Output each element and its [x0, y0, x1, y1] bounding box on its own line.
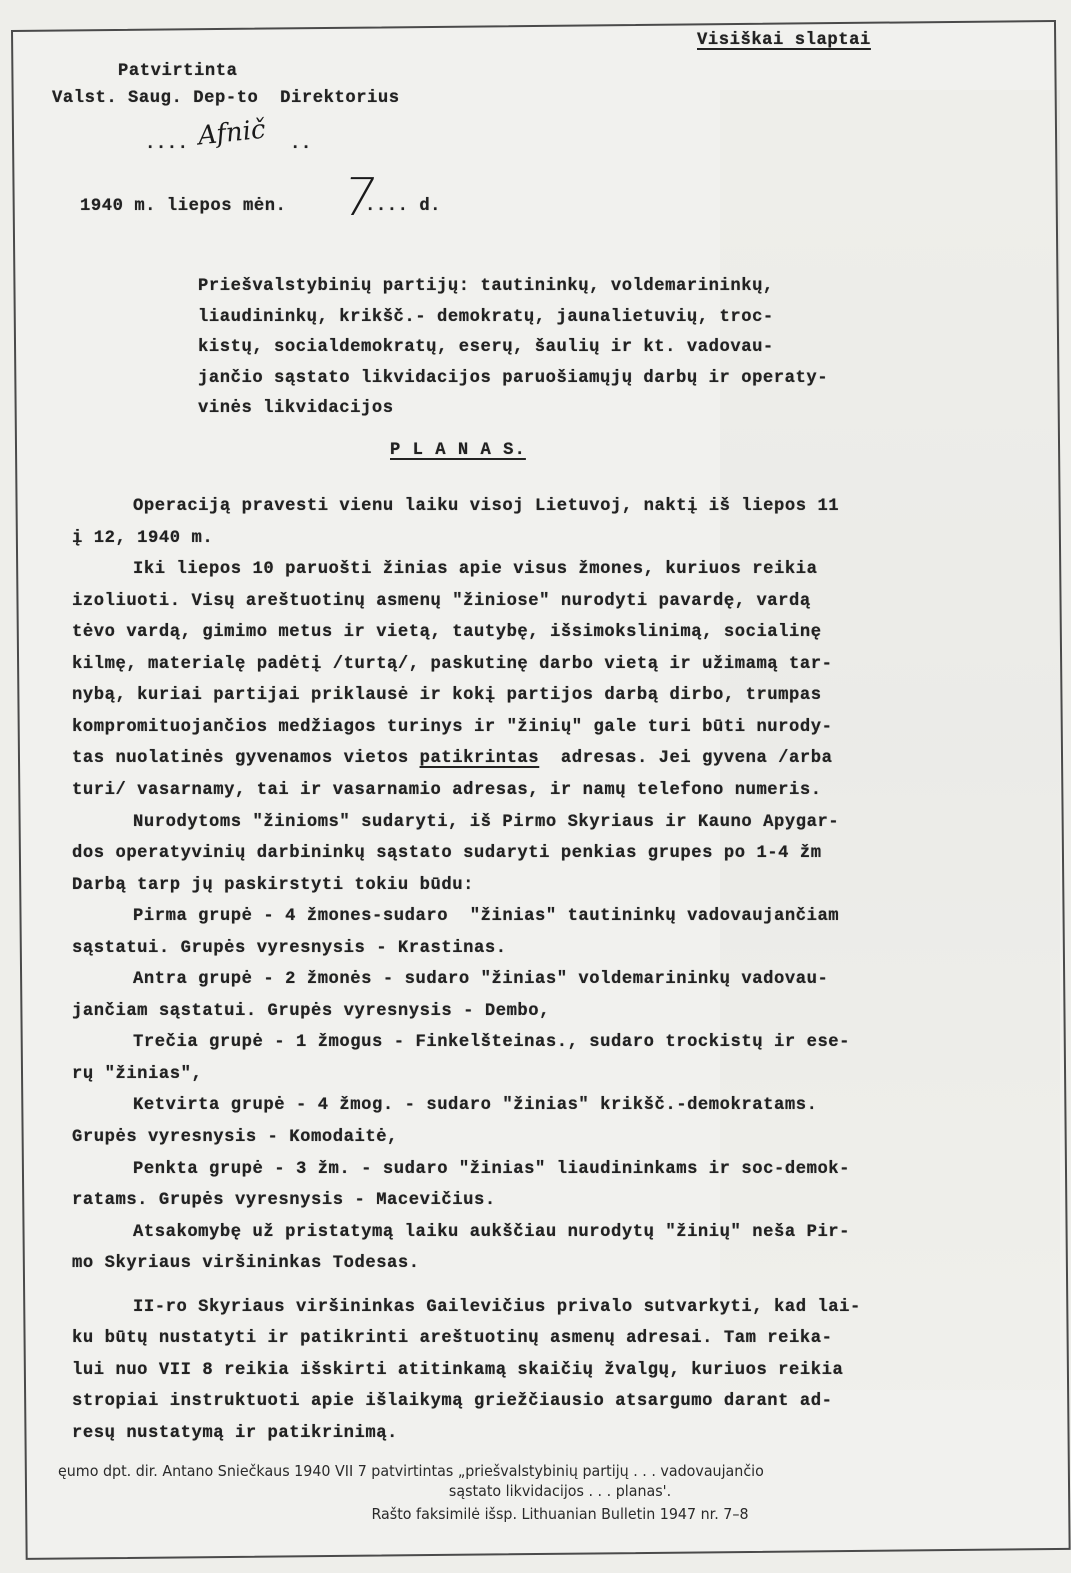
classification-stamp: Visiškai slaptai [697, 31, 871, 50]
body-line: Antra grupė - 2 žmonės - sudaro "žinias"… [133, 970, 828, 989]
body-line: tėvo vardą, gimimo metus ir vietą, tauty… [72, 623, 822, 642]
caption-line-3: Rašto faksimilė išsp. Lithuanian Bulleti… [100, 1505, 1020, 1523]
body-line: izoliuoti. Visų areštuotinų asmenų "žini… [72, 592, 811, 611]
body-line-text: Operaciją pravesti vienu laiku visoj Lie… [133, 497, 839, 516]
subject-line: liaudininkų, krikšč.- demokratų, jaunali… [198, 308, 774, 327]
body-line-text: turi/ vasarnamy, tai ir vasarnamio adres… [72, 781, 822, 800]
body-line-text: Ketvirta grupė - 4 žmog. - sudaro "žinia… [133, 1096, 817, 1115]
body-line: Nurodytoms "žinioms" sudaryti, iš Pirmo … [133, 813, 839, 832]
caption-line-1: ęumo dpt. dir. Antano Sniečkaus 1940 VII… [58, 1462, 978, 1480]
signature-trailing-dots: .. [290, 135, 312, 154]
body-line-text: jančiam sąstatui. Grupės vyresnysis - De… [72, 1002, 550, 1021]
subject-line: jančio sąstato likvidacijos paruošiamųjų… [198, 369, 828, 388]
document-heading: P L A N A S. [390, 441, 526, 460]
body-line-text: sąstatui. Grupės vyresnysis - Krastinas. [72, 939, 507, 958]
body-line-text: Pirma grupė - 4 žmones-sudaro "žinias" t… [133, 907, 839, 926]
body-line: II-ro Skyriaus viršininkas Gailevičius p… [133, 1298, 861, 1317]
body-line-text: izoliuoti. Visų areštuotinų asmenų "žini… [72, 592, 811, 611]
body-line: tas nuolatinės gyvenamos vietos patikrin… [72, 749, 833, 768]
body-line: rų "žinias", [72, 1065, 202, 1084]
body-line: turi/ vasarnamy, tai ir vasarnamio adres… [72, 781, 822, 800]
body-line: Penkta grupė - 3 žm. - sudaro "žinias" l… [133, 1160, 850, 1179]
body-line-text: Trečia grupė - 1 žmogus - Finkelšteinas.… [133, 1033, 850, 1052]
body-line: mo Skyriaus viršininkas Todesas. [72, 1254, 420, 1273]
approval-authority: Valst. Saug. Dep-to Direktorius [52, 89, 400, 108]
body-line-text: į 12, 1940 m. [72, 529, 213, 548]
body-line-text: rų "žinias", [72, 1065, 202, 1084]
body-line-text: ku būtų nustatyti ir patikrinti areštuot… [72, 1329, 833, 1348]
body-line-text: tėvo vardą, gimimo metus ir vietą, tauty… [72, 623, 822, 642]
body-line: sąstatui. Grupės vyresnysis - Krastinas. [72, 939, 507, 958]
body-line: ratams. Grupės vyresnysis - Macevičius. [72, 1191, 496, 1210]
signature-dots: .... [145, 135, 188, 154]
body-line: Trečia grupė - 1 žmogus - Finkelšteinas.… [133, 1033, 850, 1052]
body-line-text: kilmę, materialę padėtį /turtą/, paskuti… [72, 655, 833, 674]
body-line-text: mo Skyriaus viršininkas Todesas. [72, 1254, 420, 1273]
body-line-text: ratams. Grupės vyresnysis - Macevičius. [72, 1191, 496, 1210]
subject-line: kistų, socialdemokratų, eserų, šaulių ir… [198, 338, 774, 357]
body-line: lui nuo VII 8 reikia išskirti atitinkamą… [72, 1361, 843, 1380]
body-line-text: stropiai instruktuoti apie išlaikymą gri… [72, 1392, 833, 1411]
body-line-text: resų nustatymą ir patikrinimą. [72, 1424, 398, 1443]
body-line-text: Penkta grupė - 3 žm. - sudaro "žinias" l… [133, 1160, 850, 1179]
body-line-text: Darbą tarp jų paskirstyti tokiu būdu: [72, 876, 474, 895]
approval-label: Patvirtinta [118, 62, 238, 81]
body-line: jančiam sąstatui. Grupės vyresnysis - De… [72, 1002, 550, 1021]
body-line: Ketvirta grupė - 4 žmog. - sudaro "žinia… [133, 1096, 817, 1115]
body-line-text: kompromituojančios medžiagos turinys ir … [72, 718, 833, 737]
date-prefix: 1940 m. liepos mėn. [80, 197, 286, 216]
body-line: kompromituojančios medžiagos turinys ir … [72, 718, 833, 737]
body-line-text: Atsakomybę už pristatymą laiku aukščiau … [133, 1223, 850, 1242]
body-line: stropiai instruktuoti apie išlaikymą gri… [72, 1392, 833, 1411]
body-line: kilmę, materialę padėtį /turtą/, paskuti… [72, 655, 833, 674]
body-line: resų nustatymą ir patikrinimą. [72, 1424, 398, 1443]
subject-line: Priešvalstybinių partijų: tautininkų, vo… [198, 277, 774, 296]
body-line-text: Antra grupė - 2 žmonės - sudaro "žinias"… [133, 970, 828, 989]
caption-line-2: sąstato likvidacijos . . . planas'. [100, 1482, 1020, 1500]
body-line: dos operatyvinių darbininkų sąstato suda… [72, 844, 822, 863]
body-line: nybą, kuriai partijai priklausė ir kokį … [72, 686, 822, 705]
body-line-text: Grupės vyresnysis - Komodaitė, [72, 1128, 398, 1147]
body-line: Darbą tarp jų paskirstyti tokiu būdu: [72, 876, 474, 895]
body-line-text: Nurodytoms "žinioms" sudaryti, iš Pirmo … [133, 813, 839, 832]
body-line-text: adresas. Jei gyvena /arba [539, 749, 832, 768]
body-line: Operaciją pravesti vienu laiku visoj Lie… [133, 497, 839, 516]
body-line-text: II-ro Skyriaus viršininkas Gailevičius p… [133, 1298, 861, 1317]
body-line-text: dos operatyvinių darbininkų sąstato suda… [72, 844, 822, 863]
body-line: į 12, 1940 m. [72, 529, 213, 548]
body-line: Iki liepos 10 paruošti žinias apie visus… [133, 560, 817, 579]
body-line: ku būtų nustatyti ir patikrinti areštuot… [72, 1329, 833, 1348]
body-line-text: nybą, kuriai partijai priklausė ir kokį … [72, 686, 822, 705]
body-line-text: lui nuo VII 8 reikia išskirti atitinkamą… [72, 1361, 843, 1380]
body-line: Grupės vyresnysis - Komodaitė, [72, 1128, 398, 1147]
body-line: Pirma grupė - 4 žmones-sudaro "žinias" t… [133, 907, 839, 926]
body-line: Atsakomybę už pristatymą laiku aukščiau … [133, 1223, 850, 1242]
underlined-emphasis: patikrintas [420, 749, 540, 768]
date-suffix: .... d. [365, 197, 441, 216]
subject-line: vinės likvidacijos [198, 399, 394, 418]
body-line-text: Iki liepos 10 paruošti žinias apie visus… [133, 560, 817, 579]
body-line-text: tas nuolatinės gyvenamos vietos [72, 749, 420, 768]
